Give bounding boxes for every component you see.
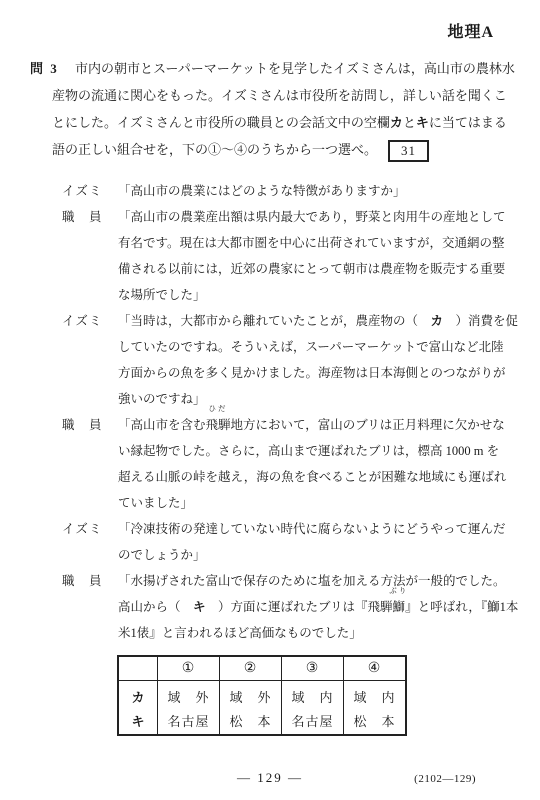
dialogue-line: 備される以前には，近郊の農家にとって朝市は農産物を販売する重要 [62,256,517,282]
dialogue-line: 米1俵』と言われるほど高価なものでした」 [62,620,517,646]
dialogue-turn: イズミ「冷凍技術の発達していない時代に腐らないようにどうやって運んだ のでしょう… [62,516,517,568]
dialogue-text: 「水揚げされた富山で保存のために塩を加える方法が一般的でした。 [118,574,506,588]
print-code: (2102—129) [414,773,476,785]
answer-number-box: 31 [388,140,429,162]
header-cell-option-2: ② [220,656,282,681]
header-cell-option-1: ① [158,656,220,681]
row-label-ki: キ [118,709,158,735]
dialogue-line: 有名です。現在は大都市圏を中心に出荷されていますが，交通網の整 [62,230,517,256]
question-text: 市内の朝市とスーパーマーケットを見学したイズミさんは，高山市の農林水 [75,61,515,76]
header-cell-empty [118,656,158,681]
speaker-name: イズミ [62,516,118,542]
furigana: ひだ [209,405,228,413]
header-cell-option-3: ③ [282,656,344,681]
dialogue-line: イズミ「当時は，大都市から離れていたことが，農産物の（ カ ）消費を促 [62,308,517,334]
table-row-ki: キ 名古屋 松 本 名古屋 松 本 [118,709,406,735]
table-row-ka: カ 域 外 域 外 域 内 域 内 [118,681,406,710]
dialogue-line: 職 員「高山市の農業産出額は県内最大であり，野菜と肉用牛の産地として [62,204,517,230]
cell-ki-3: 名古屋 [282,709,344,735]
cell-ki-2: 松 本 [220,709,282,735]
dialogue-line: い縁起物でした。さらに，高山まで運ばれたブリは，標高 1000 m を [62,438,517,464]
question-line: とにした。イズミさんと市役所の職員との会話文中の空欄カとキに当てはまる [30,109,515,136]
question-line: 問 3市内の朝市とスーパーマーケットを見学したイズミさんは，高山市の農林水 [30,55,515,82]
speaker-name: 職 員 [62,204,118,230]
dialogue-turn: 職 員「水揚げされた富山で保存のために塩を加える方法が一般的でした。 高山から（… [62,568,517,646]
speaker-name: イズミ [62,178,118,204]
header-cell-option-4: ④ [344,656,407,681]
dialogue-line: ていました」 [62,490,517,516]
options-header-row: ① ② ③ ④ [118,656,406,681]
cell-ka-3: 域 内 [282,681,344,710]
dialogue-line: のでしょうか」 [62,542,517,568]
cell-ka-1: 域 外 [158,681,220,710]
dialogue-text: 「高山市の農業産出額は県内最大であり，野菜と肉用牛の産地として [118,210,506,224]
dialogue-line: 高山から（ キ ）方面に運ばれたブリは『飛騨ぶり鰤』と呼ばれ，『鰤1本 [62,594,517,620]
dialogue-line: な場所でした」 [62,282,517,308]
dialogue-line: イズミ「冷凍技術の発達していない時代に腐らないようにどうやって運んだ [62,516,517,542]
cell-ki-1: 名古屋 [158,709,220,735]
exam-page: 地理A 問 3市内の朝市とスーパーマーケットを見学したイズミさんは，高山市の農林… [0,0,540,800]
dialogue-line: 職 員「水揚げされた富山で保存のために塩を加える方法が一般的でした。 [62,568,517,594]
dialogue-text: 「高山市を含むひだ飛騨地方において，富山のブリは正月料理に欠かせな [118,418,505,432]
cell-ka-4: 域 内 [344,681,407,710]
dialogue-turn: 職 員「高山市の農業産出額は県内最大であり，野菜と肉用牛の産地として 有名です。… [62,204,517,308]
cell-ki-4: 松 本 [344,709,407,735]
dialogue-text: 「当時は，大都市から離れていたことが，農産物の（ カ ）消費を促 [118,314,518,328]
speaker-name: 職 員 [62,568,118,594]
dialogue-line: イズミ「高山市の農業にはどのような特徴がありますか」 [62,178,517,204]
cell-ka-2: 域 外 [220,681,282,710]
dialogue-turn: イズミ「当時は，大都市から離れていたことが，農産物の（ カ ）消費を促 していた… [62,308,517,412]
dialogue-line: 職 員「高山市を含むひだ飛騨地方において，富山のブリは正月料理に欠かせな [62,412,517,438]
dialogue-text: 「高山市の農業にはどのような特徴がありますか」 [118,184,406,198]
dialogue-line: していたのですね。そういえば，スーパーマーケットで富山など北陸 [62,334,517,360]
dialogue-turn: 職 員「高山市を含むひだ飛騨地方において，富山のブリは正月料理に欠かせな い縁起… [62,412,517,516]
dialogue-text: 「冷凍技術の発達していない時代に腐らないようにどうやって運んだ [118,522,506,536]
speaker-name: イズミ [62,308,118,334]
options-table: ① ② ③ ④ カ 域 外 域 外 域 内 域 内 キ 名古屋 松 本 名古屋 … [117,655,407,736]
row-label-ka: カ [118,681,158,710]
question-line: 語の正しい組合せを，下の①～④のうちから一つ選べ。31 [30,136,515,163]
dialogue-turn: イズミ「高山市の農業にはどのような特徴がありますか」 [62,178,517,204]
dialogue-line: 方面からの魚を多く見かけました。海産物は日本海側とのつながりが [62,360,517,386]
question-text: 語の正しい組合せを，下の①～④のうちから一つ選べ。 [52,142,377,157]
furigana: ぶり [389,587,408,595]
dialogue-line: 超える山脈の峠を越え，海の魚を食べることが困難な地域にも運ばれ [62,464,517,490]
question-number: 問 3 [30,55,75,82]
question-line: 産物の流通に関心をもった。イズミさんは市役所を訪問し，詳しい話を聞くこ [30,82,515,109]
dialogue-line: 強いのですね」 [62,386,517,412]
page-subject-header: 地理A [447,19,494,42]
speaker-name: 職 員 [62,412,118,438]
dialogue-block: イズミ「高山市の農業にはどのような特徴がありますか」 職 員「高山市の農業産出額… [62,178,517,646]
question-block: 問 3市内の朝市とスーパーマーケットを見学したイズミさんは，高山市の農林水 産物… [30,55,515,163]
